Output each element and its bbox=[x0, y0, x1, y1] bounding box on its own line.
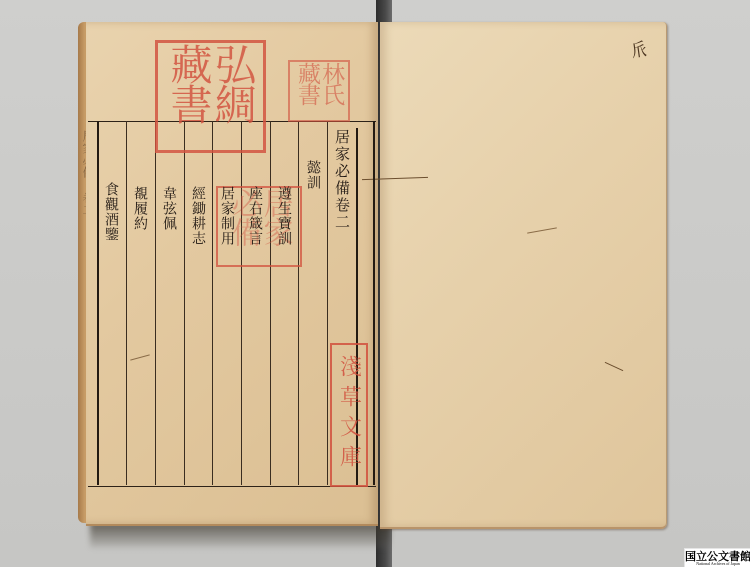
right-page bbox=[380, 22, 667, 529]
entry-item: 韋弦佩 bbox=[162, 186, 176, 231]
column-rule bbox=[126, 121, 127, 485]
seal-small: 林氏藏書 bbox=[288, 60, 350, 122]
national-archives-logo: 国立公文書館 National Archives of Japan bbox=[684, 548, 750, 567]
column-rule bbox=[155, 121, 156, 485]
column-rule bbox=[298, 121, 299, 485]
entry-item: 居家制用 bbox=[220, 186, 234, 246]
column-rule bbox=[97, 121, 99, 485]
volume-title: 居家必備卷二 bbox=[334, 129, 349, 231]
entry-item: 遵生寶訓 bbox=[277, 186, 291, 246]
column-rule bbox=[212, 121, 213, 485]
column-rule bbox=[241, 121, 242, 485]
seal-large: 弘綢藏書 bbox=[155, 40, 266, 153]
entry-item: 食觀酒鑒 bbox=[104, 182, 118, 242]
entry-item: 覩履約 bbox=[133, 186, 147, 231]
category-heading: 懿訓 bbox=[306, 160, 320, 190]
entry-item: 座右箴言 bbox=[248, 186, 262, 246]
entry-item: 經鋤耕志 bbox=[191, 186, 205, 246]
column-rule bbox=[327, 121, 328, 485]
seal-asakusa-bunko: 淺草文庫 bbox=[330, 343, 368, 487]
column-rule bbox=[270, 121, 271, 485]
logo-english-text: National Archives of Japan bbox=[696, 562, 739, 566]
ink-annotation: 𠂢 bbox=[628, 35, 649, 63]
column-rule bbox=[373, 121, 375, 485]
column-rule bbox=[184, 121, 185, 485]
